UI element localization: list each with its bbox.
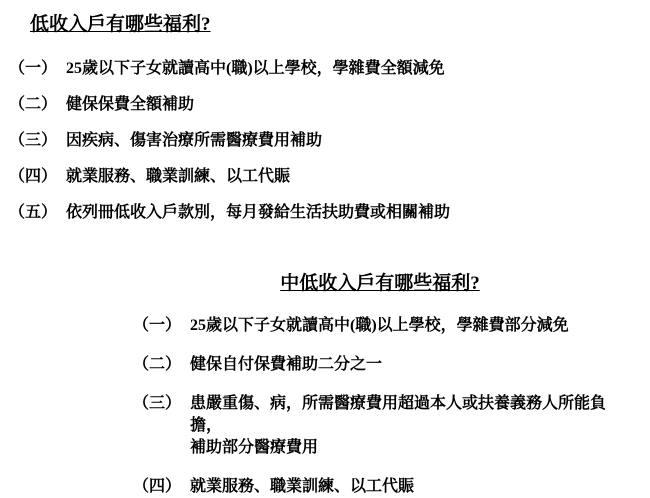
list-item: （二） 健保保費全額補助 — [9, 94, 569, 116]
list-item: （四） 就業服務、職業訓練、以工代賑 — [133, 476, 627, 498]
item-number: （一） — [133, 315, 181, 337]
item-number: （三） — [9, 130, 57, 152]
section-mid-low-income: 中低收入戶有哪些福利? （一） 25歲以下子女就讀高中(職)以上學校，學雜費部分… — [133, 272, 627, 498]
item-text: 25歲以下子女就讀高中(職)以上學校，學雜費部分減免 — [190, 315, 569, 337]
list-item: （一） 25歲以下子女就讀高中(職)以上學校，學雜費全額減免 — [9, 58, 569, 80]
item-number: （一） — [9, 58, 57, 80]
section-low-income: 低收入戶有哪些福利? （一） 25歲以下子女就讀高中(職)以上學校，學雜費全額減… — [9, 13, 569, 224]
item-text: 健保保費全額補助 — [66, 94, 194, 116]
item-number: （四） — [9, 166, 57, 188]
item-number: （三） — [133, 393, 181, 415]
list-item: （一） 25歲以下子女就讀高中(職)以上學校，學雜費部分減免 — [133, 315, 627, 337]
item-number: （二） — [133, 354, 181, 376]
item-number: （五） — [9, 202, 57, 224]
list-item: （五） 依列冊低收入戶款別，每月發給生活扶助費或相關補助 — [9, 202, 569, 224]
item-text: 依列冊低收入戶款別，每月發給生活扶助費或相關補助 — [66, 202, 450, 224]
item-number: （四） — [133, 476, 181, 498]
section-title-mid-low-income: 中低收入戶有哪些福利? — [133, 272, 627, 296]
section-title-low-income: 低收入戶有哪些福利? — [30, 13, 569, 37]
item-text: 就業服務、職業訓練、以工代賑 — [66, 166, 290, 188]
list-item: （三） 因疾病、傷害治療所需醫療費用補助 — [9, 130, 569, 152]
item-number: （二） — [9, 94, 57, 116]
list-item: （四） 就業服務、職業訓練、以工代賑 — [9, 166, 569, 188]
item-text: 25歲以下子女就讀高中(職)以上學校，學雜費全額減免 — [66, 58, 445, 80]
item-text: 就業服務、職業訓練、以工代賑 — [190, 476, 414, 498]
item-text: 健保自付保費補助二分之一 — [190, 354, 382, 376]
list-item: （二） 健保自付保費補助二分之一 — [133, 354, 627, 376]
item-text: 患嚴重傷、病，所需醫療費用超過本人或扶養義務人所能負擔， 補助部分醫療費用 — [190, 393, 627, 459]
list-item: （三） 患嚴重傷、病，所需醫療費用超過本人或扶養義務人所能負擔， 補助部分醫療費… — [133, 393, 627, 459]
item-text: 因疾病、傷害治療所需醫療費用補助 — [66, 130, 322, 152]
